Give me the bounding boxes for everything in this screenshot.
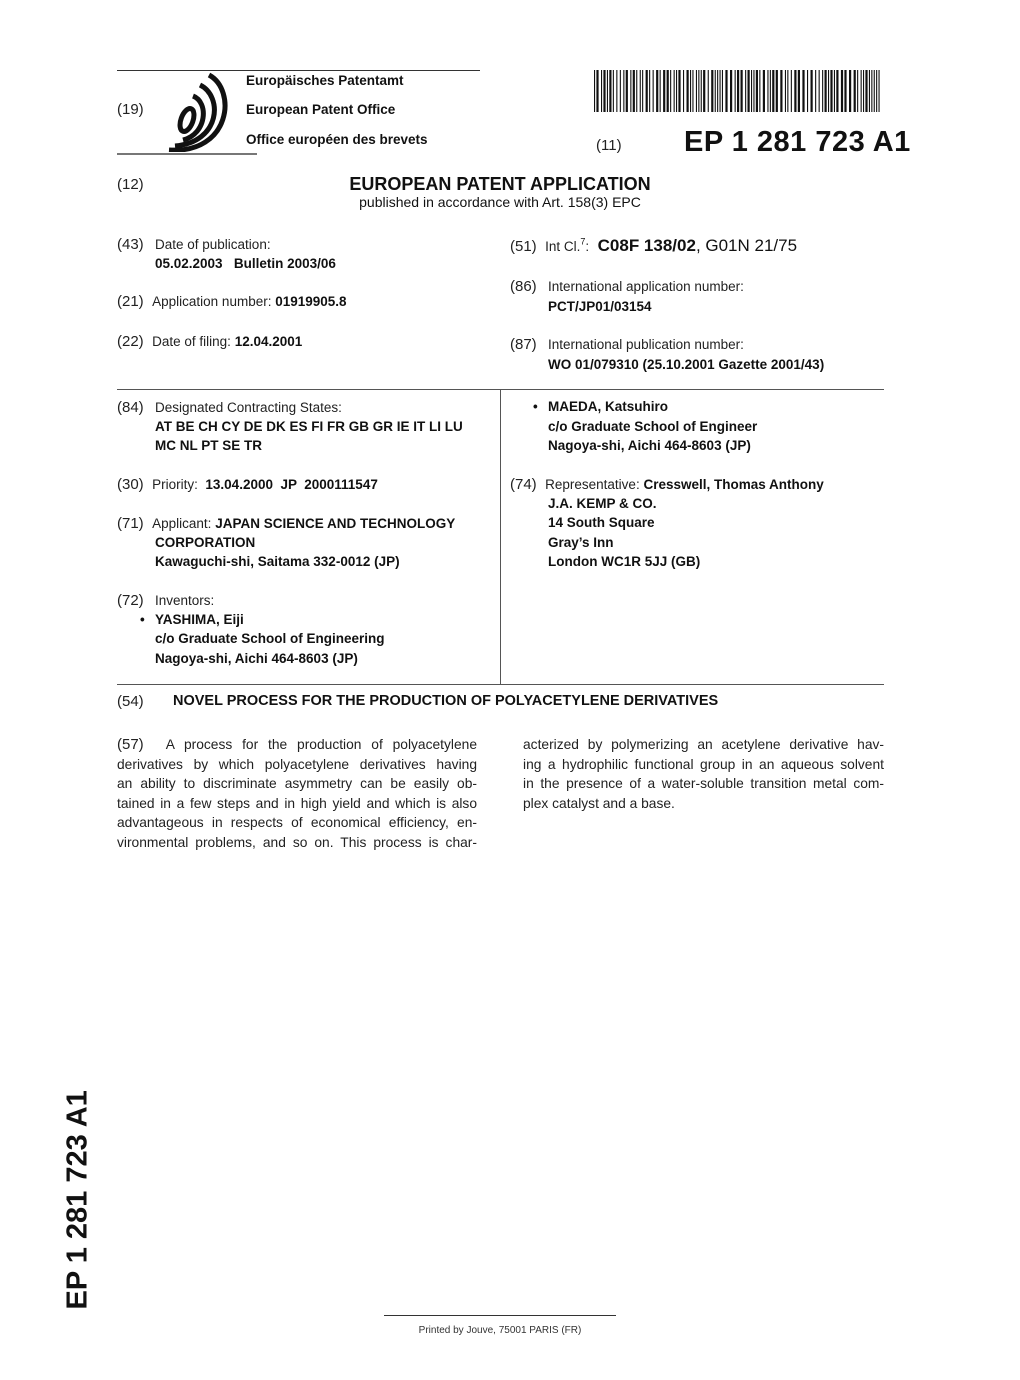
code-22: (22) xyxy=(117,333,144,350)
office-name-de: Europäisches Patentamt xyxy=(246,73,404,88)
code-21: (21) xyxy=(117,293,144,310)
document-type-subtitle: published in accordance with Art. 158(3)… xyxy=(110,194,890,210)
field-74: (74) Representative: Cresswell, Thomas A… xyxy=(510,476,824,494)
representative-name: Cresswell, Thomas Anthony xyxy=(643,477,823,492)
abstract-line: plex catalyst and a base. xyxy=(523,794,884,814)
inventor-2-address-1: c/o Graduate School of Engineer xyxy=(548,419,757,434)
abstract-line: ing a hydrophilic functional group in an… xyxy=(523,755,884,775)
designated-states-label: Designated Contracting States: xyxy=(155,400,342,415)
applicant-address: Kawaguchi-shi, Saitama 332-0012 (JP) xyxy=(155,554,400,569)
int-cl-label: Int Cl. xyxy=(545,239,580,254)
header-rule-left-bottom xyxy=(117,153,257,155)
inventor-bullet: • xyxy=(140,612,145,627)
code-86: (86) xyxy=(510,278,537,295)
code-30: (30) xyxy=(117,476,144,493)
code-54: (54) xyxy=(117,693,144,710)
abstract-column-1: (57)A process for the production of poly… xyxy=(117,735,477,852)
footer-rule xyxy=(384,1315,616,1316)
code-84: (84) xyxy=(117,399,144,416)
abstract-line: tained in a few steps and in high yield … xyxy=(117,794,477,814)
filing-date-label: Date of filing: xyxy=(152,334,235,349)
code-74: (74) xyxy=(510,476,537,493)
side-publication-number: EP 1 281 723 A1 xyxy=(62,1110,95,1310)
abstract-line: derivatives by which polyacetylene deriv… xyxy=(117,755,477,775)
office-name-fr: Office européen des brevets xyxy=(246,132,428,147)
designated-states-line-2: MC NL PT SE TR xyxy=(155,438,262,453)
printer-footer: Printed by Jouve, 75001 PARIS (FR) xyxy=(384,1325,616,1336)
inventor-2-name: MAEDA, Katsuhiro xyxy=(548,399,668,414)
representative-firm: J.A. KEMP & CO. xyxy=(548,496,657,511)
filing-date-value: 12.04.2001 xyxy=(235,334,303,349)
code-43: (43) xyxy=(117,236,144,253)
abstract-line: (57)A process for the production of poly… xyxy=(117,735,477,755)
publication-date-value: 05.02.2003 Bulletin 2003/06 xyxy=(155,256,336,271)
designated-states-line-1: AT BE CH CY DE DK ES FI FR GB GR IE IT L… xyxy=(155,419,463,434)
abstract-line: in the presence of a water-soluble trans… xyxy=(523,774,884,794)
field-30: (30) Priority: 13.04.2000 JP 2000111547 xyxy=(117,476,378,494)
document-type-title: EUROPEAN PATENT APPLICATION xyxy=(110,174,890,195)
field-22: (22) Date of filing: 12.04.2001 xyxy=(117,333,302,351)
field-51: (51) Int Cl.7: C08F 138/02, G01N 21/75 xyxy=(510,236,797,256)
intl-publication-value: WO 01/079310 (25.10.2001 Gazette 2001/43… xyxy=(548,357,824,372)
section-rule-bottom xyxy=(117,684,884,685)
code-11: (11) xyxy=(596,137,622,154)
code-19: (19) xyxy=(117,101,144,118)
abstract-line: vironmental problems, and so on. This pr… xyxy=(117,833,477,853)
int-cl-secondary: , G01N 21/75 xyxy=(696,236,797,255)
application-number-value: 01919905.8 xyxy=(275,294,346,309)
abstract-line: advantageous in respects of economical e… xyxy=(117,813,477,833)
representative-address-3: London WC1R 5JJ (GB) xyxy=(548,554,700,569)
field-21: (21) Application number: 01919905.8 xyxy=(117,293,347,311)
header-rule-right-top xyxy=(246,70,480,71)
inventor-bullet-2: • xyxy=(533,399,538,414)
abstract-line: an ability to discriminate asymmetry can… xyxy=(117,774,477,794)
representative-label: Representative: xyxy=(545,477,643,492)
abstract-line: acterized by polymerizing an acetylene d… xyxy=(523,735,884,755)
publication-number: EP 1 281 723 A1 xyxy=(684,126,911,159)
intl-application-value: PCT/JP01/03154 xyxy=(548,299,652,314)
application-number-label: Application number: xyxy=(152,294,275,309)
publication-date-label: Date of publication: xyxy=(155,237,271,252)
intl-application-label: International application number: xyxy=(548,279,744,294)
code-72: (72) xyxy=(117,592,144,609)
barcode-icon xyxy=(594,70,882,112)
column-divider xyxy=(500,389,501,684)
code-71: (71) xyxy=(117,515,144,532)
applicant-name-line-2: CORPORATION xyxy=(155,535,255,550)
abstract-column-2: acterized by polymerizing an acetylene d… xyxy=(523,735,884,813)
code-87: (87) xyxy=(510,336,537,353)
code-57: (57) xyxy=(117,736,144,753)
inventors-label: Inventors: xyxy=(155,593,214,608)
inventor-1-address-1: c/o Graduate School of Engineering xyxy=(155,631,385,646)
header-rule-left-top xyxy=(117,70,257,71)
int-cl-primary: C08F 138/02 xyxy=(598,236,696,255)
intl-publication-label: International publication number: xyxy=(548,337,744,352)
representative-address-1: 14 South Square xyxy=(548,515,655,530)
applicant-name: JAPAN SCIENCE AND TECHNOLOGY xyxy=(215,516,455,531)
priority-label: Priority: xyxy=(152,477,202,492)
code-51: (51) xyxy=(510,238,537,255)
inventor-1-address-2: Nagoya-shi, Aichi 464-8603 (JP) xyxy=(155,651,358,666)
inventor-1-name: YASHIMA, Eiji xyxy=(155,612,244,627)
invention-title: NOVEL PROCESS FOR THE PRODUCTION OF POLY… xyxy=(173,693,718,709)
office-name-en: European Patent Office xyxy=(246,102,395,117)
field-71: (71) Applicant: JAPAN SCIENCE AND TECHNO… xyxy=(117,515,455,533)
priority-value: 13.04.2000 JP 2000111547 xyxy=(202,477,378,492)
applicant-label: Applicant: xyxy=(152,516,215,531)
int-cl-colon: : xyxy=(585,239,589,254)
representative-address-2: Gray’s Inn xyxy=(548,535,614,550)
epo-logo-icon xyxy=(165,72,231,152)
inventor-2-address-2: Nagoya-shi, Aichi 464-8603 (JP) xyxy=(548,438,751,453)
